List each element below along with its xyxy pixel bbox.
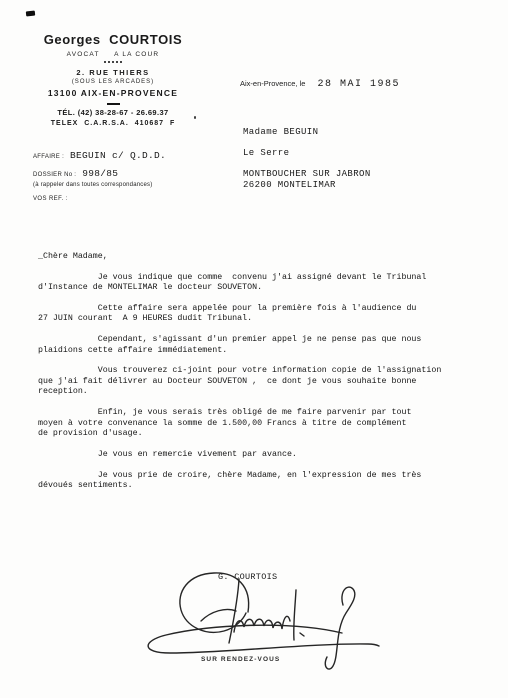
sender-street-note: (SOUS LES ARCADES)	[23, 79, 203, 85]
sender-city: 13100 AIX-EN-PROVENCE	[23, 88, 203, 98]
scan-artifact-mark	[26, 11, 35, 17]
recipient-name: Madame BEGUIN	[243, 127, 371, 138]
affaire-value: BEGUIN c/ Q.D.D.	[70, 150, 166, 161]
vos-ref-label: VOS REF. :	[33, 196, 166, 202]
letterhead-dotted-rule	[104, 61, 122, 63]
recipient-place: Le Serre	[243, 148, 371, 159]
dossier-note: (à rappeler dans toutes correspondances)	[33, 182, 166, 188]
recipient-locality: MONTBOUCHER SUR JABRON	[243, 169, 371, 180]
sender-name: Georges COURTOIS	[23, 33, 203, 47]
sender-title: AVOCAT A LA COUR	[23, 51, 203, 58]
dateline-date: 28 MAI 1985	[317, 79, 400, 90]
sender-phone: TÉL. (42) 38-28-67 - 26.69.37	[23, 108, 203, 117]
letter-page: Georges COURTOIS AVOCAT A LA COUR 2. RUE…	[0, 0, 508, 698]
affaire-row: AFFAIRE : BEGUIN c/ Q.D.D.	[33, 150, 166, 161]
sender-telex: TELEX C.A.R.S.A. 410687 F	[23, 120, 203, 127]
letterhead-rule	[107, 103, 120, 105]
dossier-row: DOSSIER No : 998/85	[33, 168, 166, 179]
sender-street: 2. RUE THIERS	[23, 68, 203, 77]
recipient-address: Madame BEGUIN Le Serre MONTBOUCHER SUR J…	[243, 127, 371, 191]
recipient-postal-city: 26200 MONTELIMAR	[243, 180, 371, 191]
affaire-label: AFFAIRE :	[33, 154, 64, 160]
dateline-place-label: Aix-en-Provence, le	[240, 79, 305, 88]
footer-appointment-note: SUR RENDEZ-VOUS	[201, 656, 280, 663]
dossier-number: 998/85	[82, 168, 118, 179]
letter-body: _Chère Madame, Je vous indique que comme…	[38, 252, 462, 491]
reference-block: AFFAIRE : BEGUIN c/ Q.D.D. DOSSIER No : …	[33, 150, 166, 202]
letterhead: Georges COURTOIS AVOCAT A LA COUR 2. RUE…	[23, 33, 203, 127]
dossier-label: DOSSIER No :	[33, 172, 76, 178]
dateline: Aix-en-Provence, le 28 MAI 1985	[240, 79, 400, 90]
